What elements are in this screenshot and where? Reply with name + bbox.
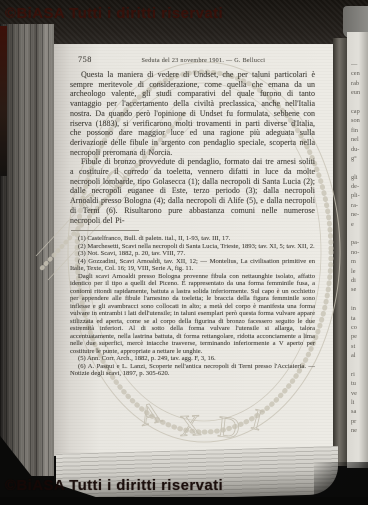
facing-page-text-fragment: le xyxy=(351,267,368,276)
footnote: (4) Gozzadini, Scavi Arnoaldi, tav. XII,… xyxy=(70,258,315,273)
facing-page-text-fragment: rab xyxy=(351,79,368,88)
facing-page-text-fragment: cen xyxy=(351,69,368,78)
facing-page-text-fragment: al xyxy=(351,351,368,360)
facing-page-sliver: —cenrabeuncapsonfinneldu-g°glide-pli-ra-… xyxy=(347,32,368,468)
body-text: Questa la maniera di vedere di Undset, c… xyxy=(70,70,315,225)
footnote: (3) Not. Scavi, 1882, p. 20, tav. VIII, … xyxy=(70,250,315,258)
facing-page-text-fragment: du- xyxy=(351,145,368,154)
book-gutter-left xyxy=(0,24,54,476)
running-header: 758 Seduta del 23 novembre 1901. — G. Be… xyxy=(70,55,315,64)
facing-page-text-fragment: co xyxy=(351,323,368,332)
book-cover-edge xyxy=(0,26,7,176)
paragraph: Fibule di bronzo provvedute di pendaglio… xyxy=(70,157,315,225)
facing-page-text-fragment xyxy=(351,361,368,370)
scan-bottom-strip xyxy=(0,497,368,505)
page-number: 758 xyxy=(78,55,92,64)
facing-page-text-fragment: ne- xyxy=(351,210,368,219)
facing-page-text-fragment: ra- xyxy=(351,201,368,210)
facing-page-text-fragment: in xyxy=(351,304,368,313)
facing-page-text-fragment: ri xyxy=(351,370,368,379)
facing-page-text-fragments: —cenrabeuncapsonfinneldu-g°glide-pli-ra-… xyxy=(351,60,368,436)
facing-page-text-fragment: nel xyxy=(351,135,368,144)
facing-page-text-fragment: e xyxy=(351,220,368,229)
watermark-top: ©BiASA Tutti i diritti riservati xyxy=(5,5,223,22)
facing-page-text-fragment: sa xyxy=(351,407,368,416)
facing-page-text-fragment: fin xyxy=(351,126,368,135)
facing-page-text-fragment: pe xyxy=(351,332,368,341)
facing-page-text-fragment xyxy=(351,163,368,172)
facing-page-text-fragment: cap xyxy=(351,107,368,116)
facing-page-text-fragment: st xyxy=(351,342,368,351)
facing-page-text-fragment: eun xyxy=(351,88,368,97)
footnote: (1) Castelfranco, Bull. di paletn. ital.… xyxy=(70,235,315,243)
footnote: (5) Ann. Corr. Arch., 1882, p. 249, tav.… xyxy=(70,355,315,363)
facing-page-text-fragment: de- xyxy=(351,182,368,191)
facing-page-text-fragment: se xyxy=(351,285,368,294)
facing-page-text-fragment xyxy=(351,229,368,238)
footnote-separator-rule xyxy=(71,230,139,231)
facing-page-text-fragment: son xyxy=(351,116,368,125)
paragraph: Questa la maniera di vedere di Undset, c… xyxy=(70,70,315,157)
facing-page-text-fragment: g° xyxy=(351,154,368,163)
page-content: 758 Seduta del 23 novembre 1901. — G. Be… xyxy=(70,55,315,378)
facing-page-text-fragment: m xyxy=(351,257,368,266)
book-fold-shadow xyxy=(333,38,347,466)
facing-page-text-fragment: pli- xyxy=(351,191,368,200)
facing-page-text-fragment: gli xyxy=(351,173,368,182)
footnote: Dagli scavi Arnoaldi presso Bologna prov… xyxy=(70,273,315,356)
facing-page-text-fragment: li xyxy=(351,398,368,407)
watermark-bottom: ©BiASA Tutti i diritti riservati xyxy=(5,477,223,494)
footnotes: (1) Castelfranco, Bull. di paletn. ital.… xyxy=(70,235,315,378)
facing-page-text-fragment: di xyxy=(351,276,368,285)
facing-page-text-fragment: ne xyxy=(351,426,368,435)
running-header-text: Seduta del 23 novembre 1901. — G. Belluc… xyxy=(92,58,315,64)
footnote: (6) A. Pasqui e L. Lanzi, Scoperte nell'… xyxy=(70,363,315,378)
facing-page-text-fragment: no- xyxy=(351,248,368,257)
facing-page-text-fragment xyxy=(351,295,368,304)
scanned-book-page: —cenrabeuncapsonfinneldu-g°glide-pli-ra-… xyxy=(0,0,368,505)
facing-page-text-fragment xyxy=(351,98,368,107)
facing-page-text-fragment: pa- xyxy=(351,238,368,247)
facing-page-text-fragment: ta xyxy=(351,314,368,323)
facing-page-text-fragment: ve xyxy=(351,389,368,398)
facing-page-text-fragment: — xyxy=(351,60,368,69)
facing-page-text-fragment: pr xyxy=(351,417,368,426)
facing-page-text-fragment: tu xyxy=(351,379,368,388)
